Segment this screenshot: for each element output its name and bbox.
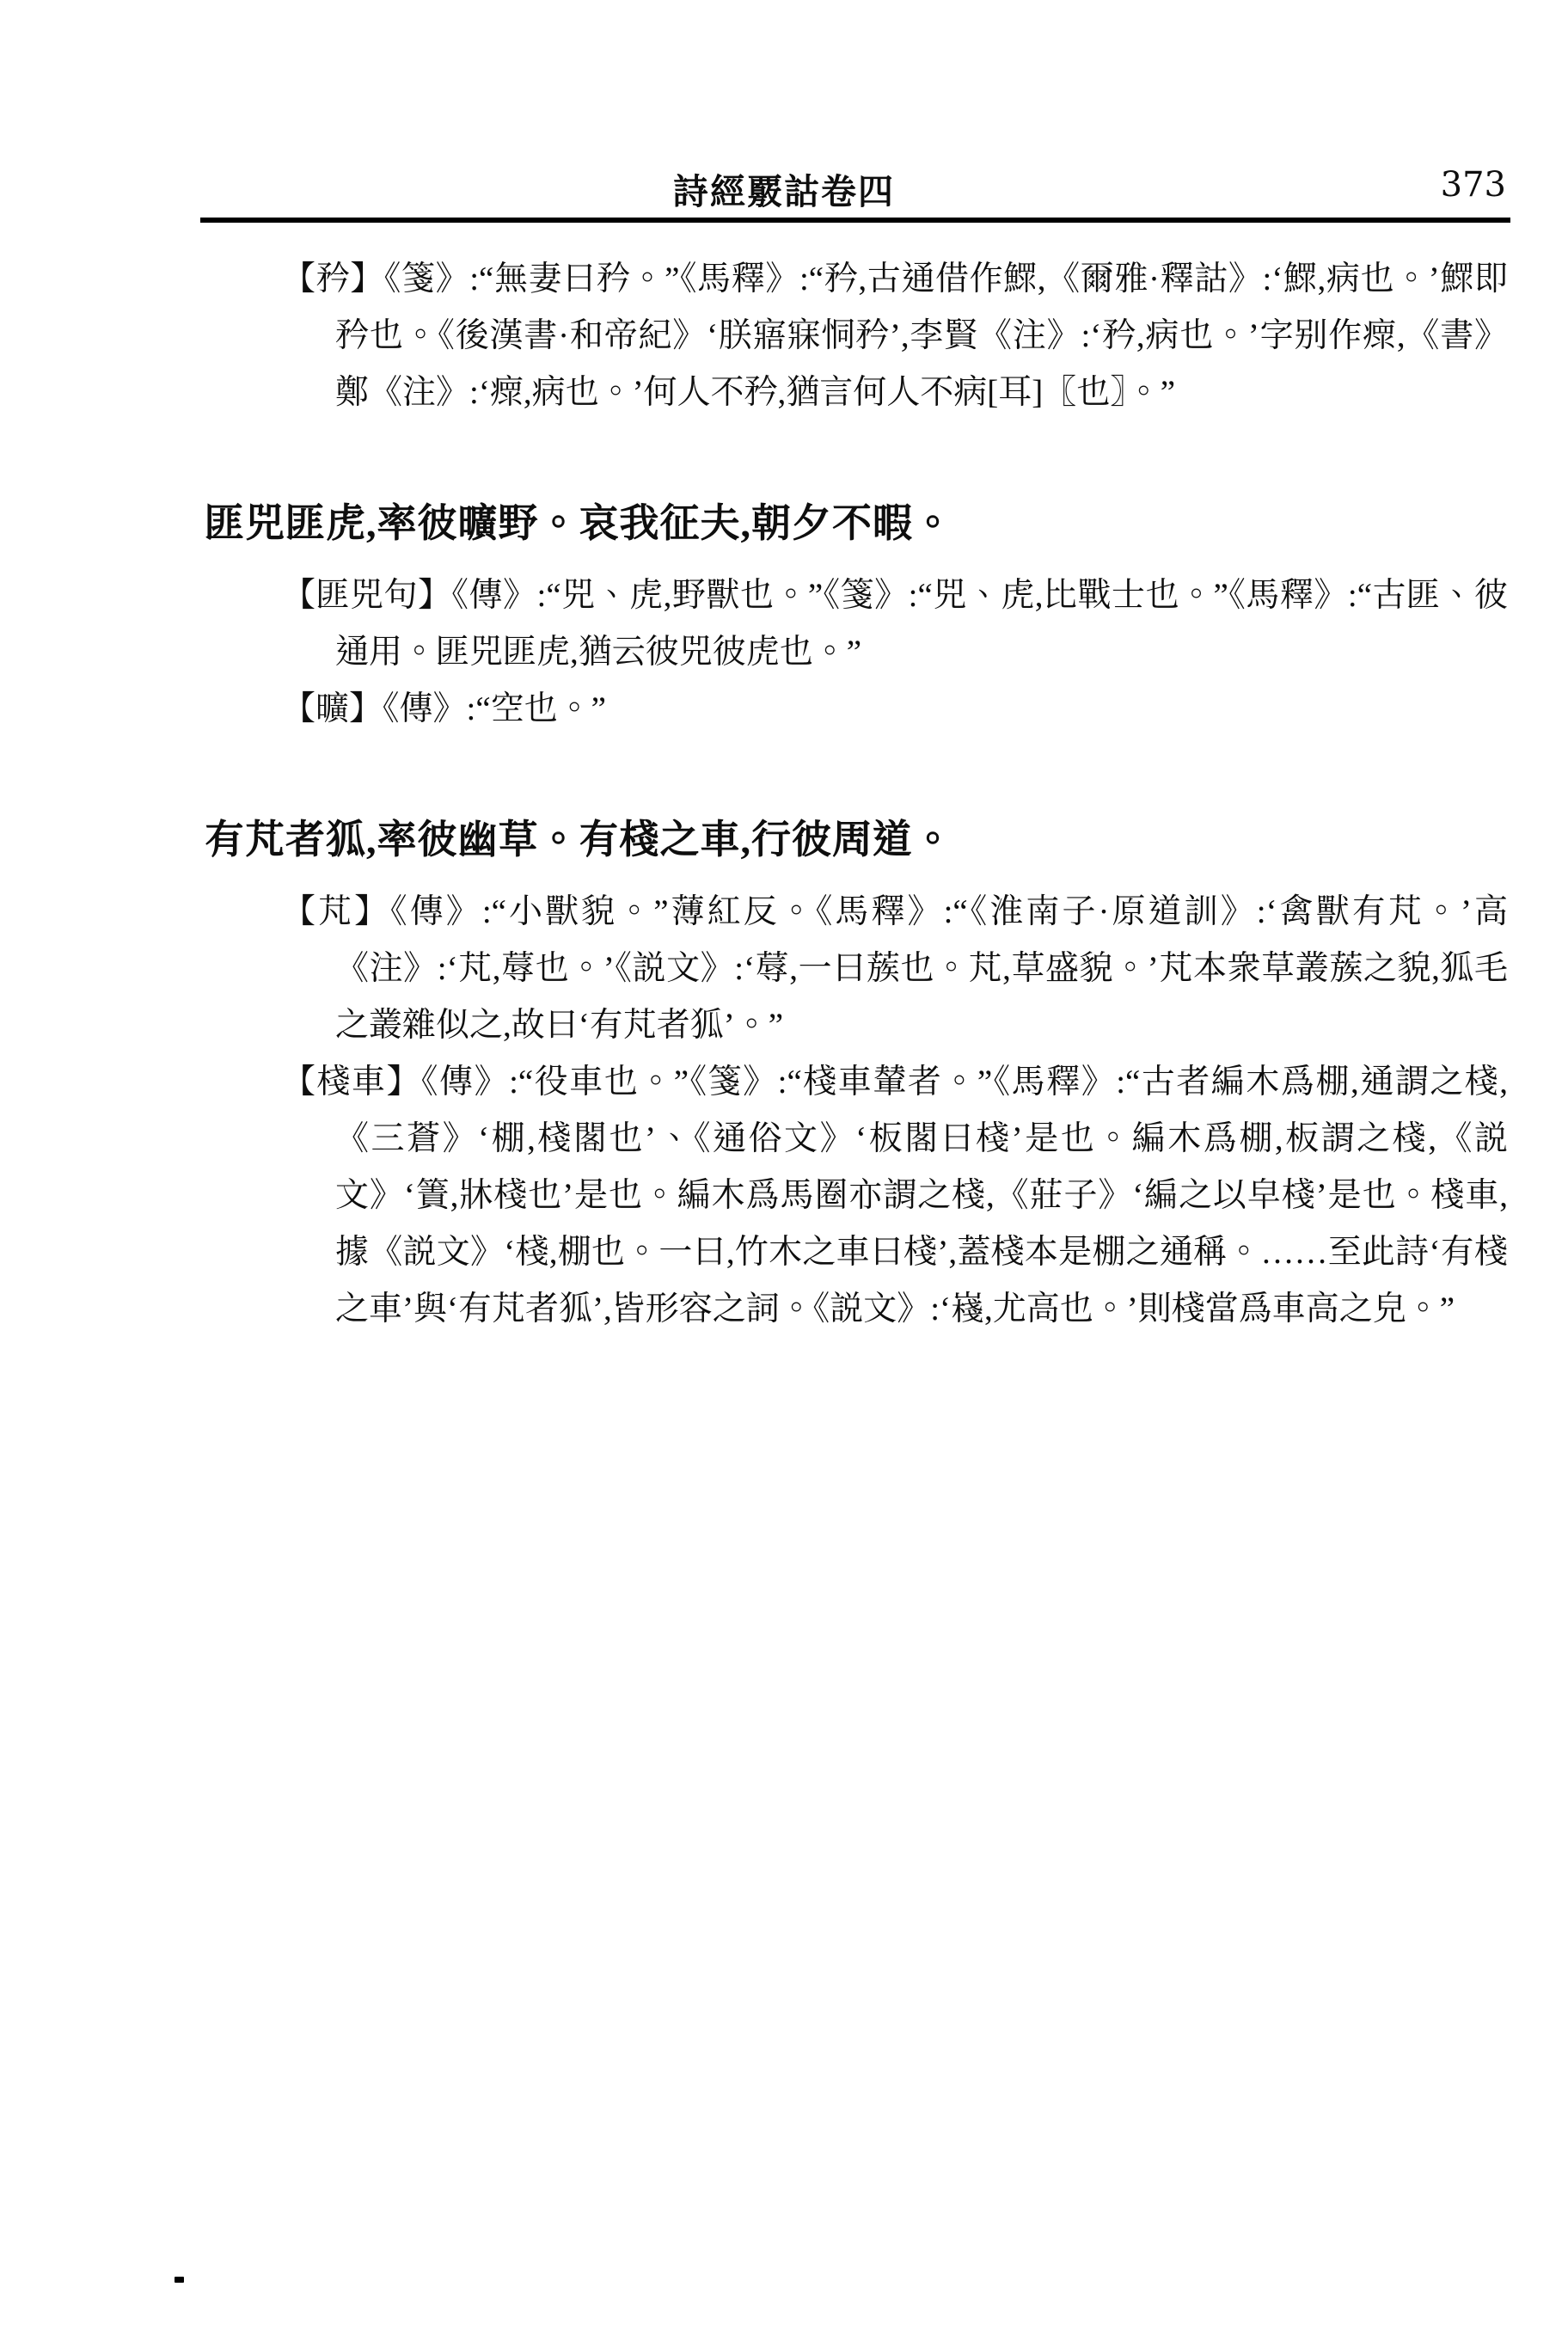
annotation-kuang: 【曠】《傳》:“空也。” (0, 681, 1568, 738)
annotation-peng: 【芃】《傳》:“小獸貌。”薄紅反。《馬釋》:“《淮南子·原道訓》:‘禽獸有芃。’… (0, 884, 1568, 1054)
page-body: 【矜】《箋》:“無妻曰矜。”《馬釋》:“矜,古通借作鰥,《爾雅·釋詁》:‘鰥,病… (0, 251, 1568, 1338)
book-page: 詩經覈詁卷四 373 【矜】《箋》:“無妻曰矜。”《馬釋》:“矜,古通借作鰥,《… (0, 0, 1568, 2336)
verse-line-1: 匪兕匪虎,率彼曠野。哀我征夫,朝夕不暇。 (205, 494, 1508, 554)
annotation-feisi: 【匪兕句】《傳》:“兕、虎,野獸也。”《箋》:“兕、虎,比戰士也。”《馬釋》:“… (0, 567, 1568, 681)
ink-speck (175, 2277, 184, 2283)
verse-line-2: 有芃者狐,率彼幽草。有棧之車,行彼周道。 (205, 810, 1508, 870)
header-divider (200, 218, 1510, 223)
annotation-zhanche: 【棧車】《傳》:“役車也。”《箋》:“棧車輦者。”《馬釋》:“古者編木爲棚,通謂… (0, 1054, 1568, 1338)
page-header: 詩經覈詁卷四 373 (0, 163, 1568, 206)
annotation-jin: 【矜】《箋》:“無妻曰矜。”《馬釋》:“矜,古通借作鰥,《爾雅·釋詁》:‘鰥,病… (0, 251, 1568, 421)
page-number: 373 (1441, 165, 1506, 205)
running-title: 詩經覈詁卷四 (0, 163, 1568, 214)
